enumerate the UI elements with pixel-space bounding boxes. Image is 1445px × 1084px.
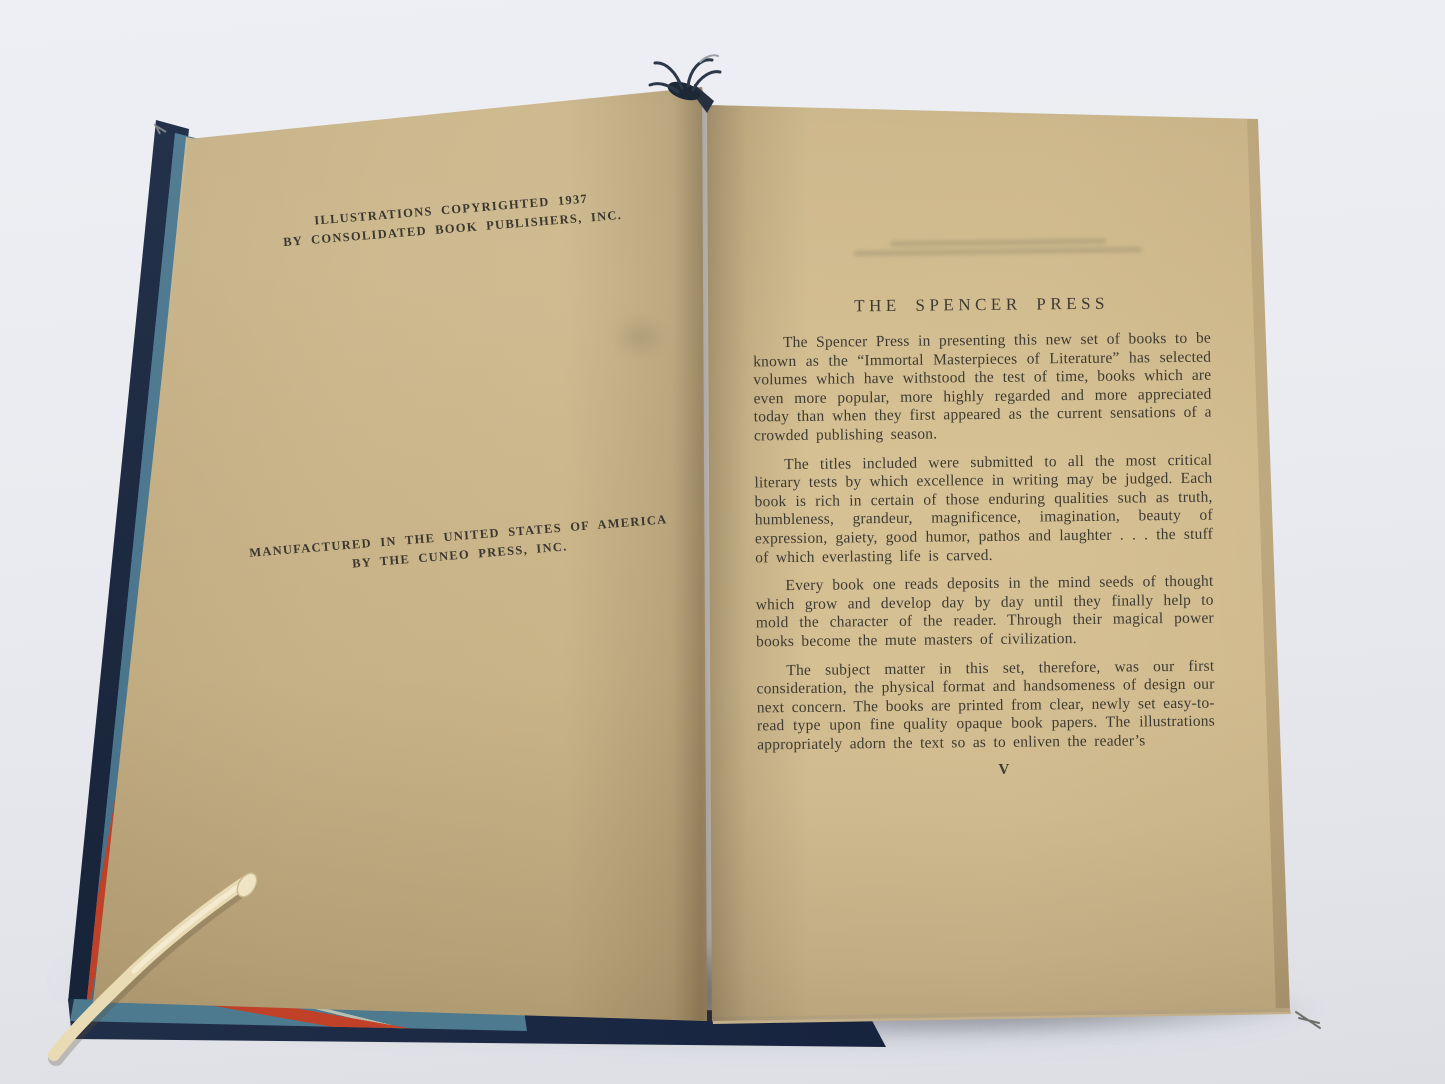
foreword-heading: THE SPENCER PRESS — [752, 293, 1210, 318]
foreword-paragraph-4: The subject matter in this set, therefor… — [756, 657, 1215, 755]
frayed-threads — [650, 60, 720, 92]
foreword-paragraph-2: The titles included were submitted to al… — [754, 451, 1213, 567]
photo-of-open-book: ILLUSTRATIONS COPYRIGHTED 1937 BY CONSOL… — [0, 0, 1445, 1084]
foreword-paragraph-1: The Spencer Press in presenting this new… — [753, 330, 1212, 446]
foreword-paragraph-3: Every book one reads deposits in the min… — [755, 573, 1214, 652]
left-page-text: ILLUSTRATIONS COPYRIGHTED 1937 BY CONSOL… — [231, 183, 699, 581]
show-through-line — [854, 247, 1142, 256]
show-through-text — [848, 234, 1148, 272]
foreword-text: THE SPENCER PRESS The Spencer Press in p… — [752, 293, 1215, 782]
gutter-shadow — [0, 0, 1445, 1084]
show-through-line — [890, 238, 1106, 246]
frayed-thread-light — [700, 55, 718, 62]
